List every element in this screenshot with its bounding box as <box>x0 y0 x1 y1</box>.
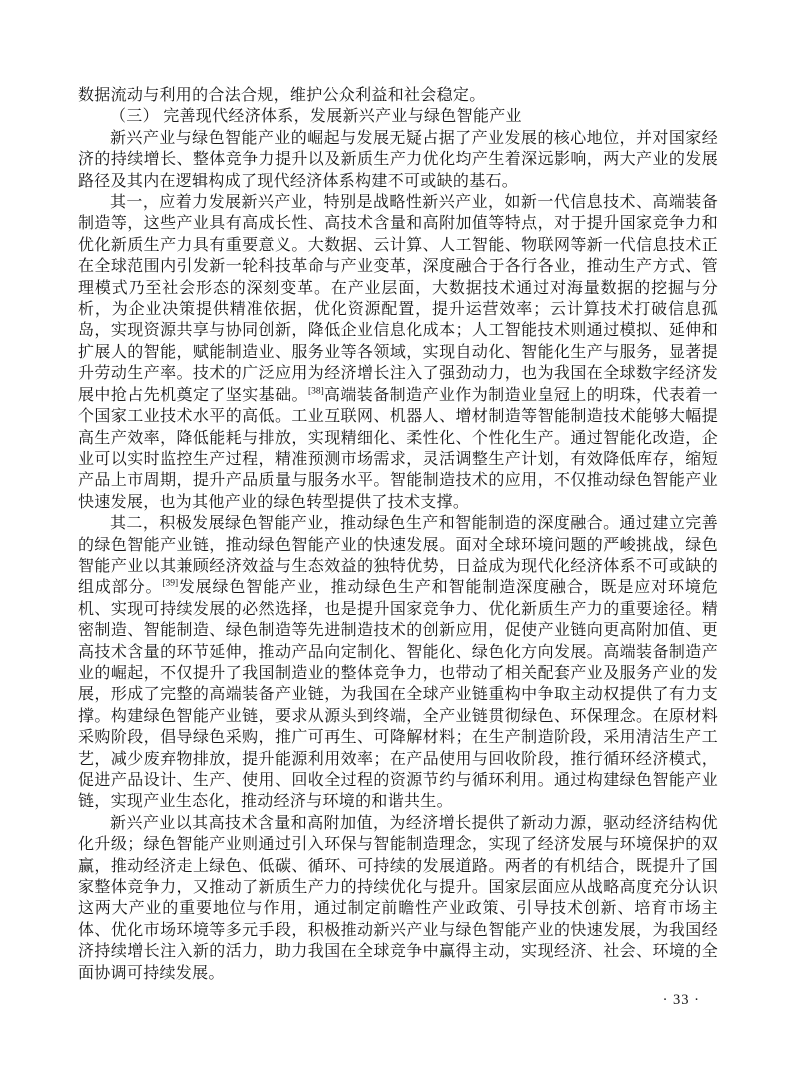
paragraph: 数据流动与利用的合法合规，维护公众利益和社会稳定。 <box>78 85 718 106</box>
citation-superscript: [38] <box>308 386 324 396</box>
document-body: 数据流动与利用的合法合规，维护公众利益和社会稳定。（三） 完善现代经济体系，发展… <box>78 85 718 984</box>
citation-superscript: [39] <box>162 579 178 589</box>
paragraph: 新兴产业以其高技术含量和高附加值，为经济增长提供了新动力源，驱动经济结构优化升级… <box>78 813 718 984</box>
paragraph: 其二，积极发展绿色智能产业，推动绿色生产和智能制造的深度融合。通过建立完善的绿色… <box>78 513 718 813</box>
section-heading: （三） 完善现代经济体系，发展新兴产业与绿色智能产业 <box>78 106 718 127</box>
document-page: 数据流动与利用的合法合规，维护公众利益和社会稳定。（三） 完善现代经济体系，发展… <box>0 0 794 1077</box>
page-number: · 33 · <box>663 991 700 1009</box>
paragraph: 其一，应着力发展新兴产业，特别是战略性新兴产业，如新一代信息技术、高端装备制造等… <box>78 192 718 513</box>
paragraph: 新兴产业与绿色智能产业的崛起与发展无疑占据了产业发展的核心地位，并对国家经济的持… <box>78 128 718 192</box>
